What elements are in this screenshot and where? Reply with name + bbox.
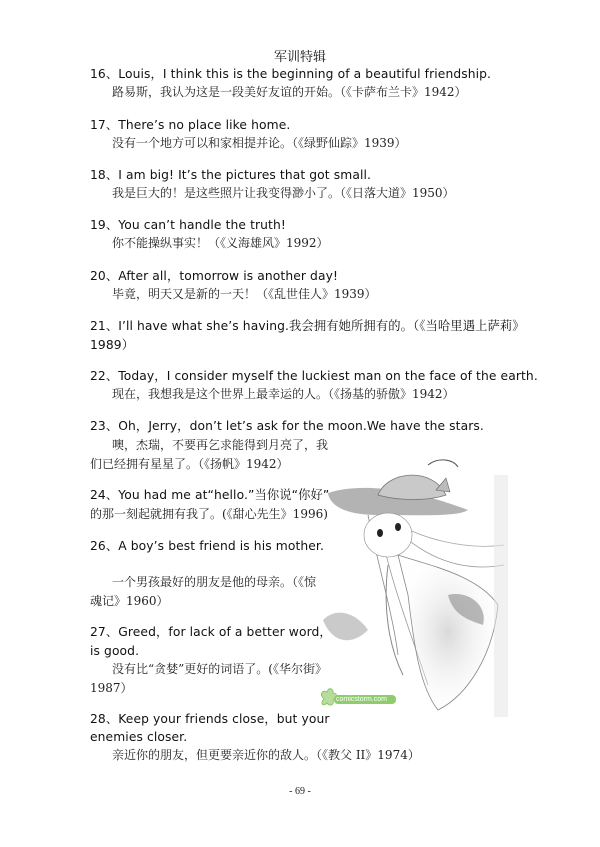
quote-24-chinese: 的那一刻起就拥有我了。(《甜心先生》1996) — [90, 506, 328, 522]
watermark-text: comicstorm.com — [336, 695, 387, 704]
page-number: - 69 - — [0, 786, 600, 797]
quote-27-english: 27、Greed，for lack of a better word， — [90, 624, 332, 640]
quote-18-chinese: 我是巨大的！是这些照片让我变得渺小了。（《日落大道》1950） — [112, 185, 455, 201]
comicstorm-watermark: comicstorm.com — [318, 687, 398, 709]
quote-27-english-continuation: is good. — [90, 643, 139, 659]
quote-23-chinese-continuation: 们已经拥有星星了。（《扬帆》1942） — [90, 456, 289, 472]
quote-26-chinese-continuation: 魂记》1960） — [90, 593, 169, 609]
quote-16-english: 16、Louis，I think this is the beginning o… — [90, 66, 491, 82]
quote-22-english: 22、Today，I consider myself the luckiest … — [90, 368, 538, 384]
quote-20-english: 20、After all，tomorrow is another day! — [90, 268, 338, 284]
quote-19-english: 19、You can’t handle the truth! — [90, 217, 286, 233]
quote-24-english: 24、You had me at“hello.”当你说“你好” — [90, 487, 329, 503]
manga-girl-illustration — [318, 455, 508, 717]
quote-20-chinese: 毕竟，明天又是新的一天！（《乱世佳人》1939） — [112, 286, 377, 302]
quote-17-english: 17、There’s no place like home. — [90, 117, 290, 133]
document-page: 军训特辑 16、Louis，I think this is the beginn… — [0, 0, 600, 847]
quote-28-english: 28、Keep your friends close，but your — [90, 711, 330, 727]
quote-26-english: 26、A boy’s best friend is his mother. — [90, 538, 324, 554]
quote-21-english: 21、I’ll have what she’s having.我会拥有她所拥有的… — [90, 318, 525, 334]
quote-23-chinese: 噢，杰瑞，不要再乞求能得到月亮了，我 — [112, 437, 328, 453]
quote-17-chinese: 没有一个地方可以和家相提并论。（《绿野仙踪》1939） — [112, 135, 407, 151]
quote-27-chinese-continuation: 1987） — [90, 680, 133, 696]
quote-16-chinese: 路易斯，我认为这是一段美好友谊的开始。（《卡萨布兰卡》1942） — [112, 84, 467, 100]
quote-23-english: 23、Oh，Jerry，don’t let’s ask for the moon… — [90, 418, 484, 434]
quote-21-continuation: 1989） — [90, 337, 134, 353]
quote-26-chinese: 一个男孩最好的朋友是他的母亲。（《惊 — [112, 574, 316, 590]
quote-28-chinese: 亲近你的朋友，但更要亲近你的敌人。（《教父 II》1974） — [112, 747, 420, 763]
page-title: 军训特辑 — [0, 46, 600, 65]
quote-18-english: 18、I am big! It’s the pictures that got … — [90, 167, 371, 183]
quote-27-chinese: 没有比“贪婪”更好的词语了。(《华尔街》 — [112, 661, 327, 677]
quote-28-english-continuation: enemies closer. — [90, 729, 187, 745]
quote-19-chinese: 你不能操纵事实！（《义海雄风》1992） — [112, 235, 329, 251]
quote-22-chinese: 现在，我想我是这个世界上最幸运的人。（《扬基的骄傲》1942） — [112, 386, 455, 402]
